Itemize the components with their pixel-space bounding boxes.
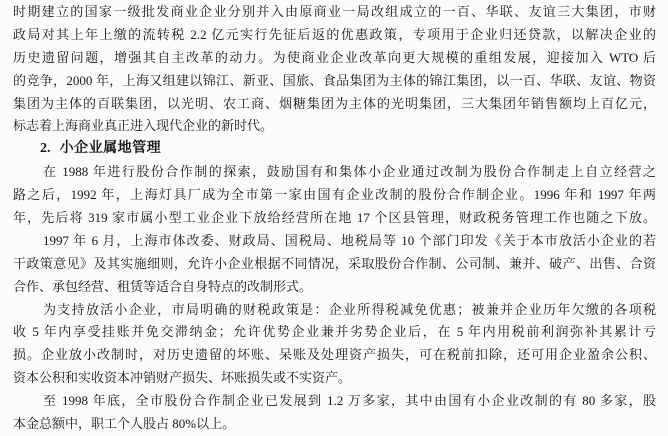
text-line: 标志着上海商业真正进入现代企业的新时代。 — [13, 115, 656, 138]
text-line: 收 5 年内享受挂账并免交滞纳金；允许优势企业兼并劣势企业后，在 5 年内用税前… — [13, 321, 656, 344]
text-line: 的竞争，2000 年，上海又组建以锦江、新亚、国旅、食品集团为主体的锦江集团，以… — [13, 70, 656, 93]
section-number: 2. — [40, 141, 51, 156]
text-line: 历史遗留问题，增强其自主改革的动力。为使商业企业改革向更大规模的重组发展，迎接加… — [13, 47, 656, 70]
text-line: 时期建立的国家一级批发商业企业分别并入由原商业一局改组成立的一百、华联、友谊三大… — [13, 1, 656, 24]
document-page: 时期建立的国家一级批发商业企业分别并入由原商业一局改组成立的一百、华联、友谊三大… — [0, 0, 668, 436]
text-line: 本金总额中，职工个人股占 80%以上。 — [13, 413, 656, 436]
text-line: 政局对其上年上缴的流转税 2.2 亿元实行先征后返的优惠政策，专项用于企业归还贷… — [13, 24, 656, 47]
text-line: 至 1998 年底，全市股份合作制企业已发展到 1.2 万多家，其中由国有小企业… — [13, 390, 656, 413]
page-text: 时期建立的国家一级批发商业企业分别并入由原商业一局改组成立的一百、华联、友谊三大… — [13, 1, 656, 436]
text-line: 在 1988 年进行股份合作制的探索，鼓励国有和集体小企业通过改制为股份合作制走… — [13, 161, 656, 184]
text-line: 干政策意见》及其实施细则，允许小企业根据不同情况，采取股份合作制、公司制、兼并、… — [13, 253, 656, 276]
text-line: 合作、承包经营、租赁等适合自身特点的改制形式。 — [13, 276, 656, 299]
section-title: 小企业属地管理 — [60, 141, 162, 156]
text-line: 集团为主体的百联集团，以光明、农工商、烟糖集团为主体的光明集团，三大集团年销售额… — [13, 93, 656, 116]
text-line: 年，先后将 319 家市属小型工业企业下放给经营所在地 17 个区县管理，财政税… — [13, 207, 656, 230]
text-line: 损。企业放小改制时，对历史遗留的坏账、呆账及处理资产损失，可在税前扣除，还可用企… — [13, 344, 656, 367]
text-line: 路之后，1992 年，上海灯具厂成为全市第一家由国有企业改制的股份合作制企业。1… — [13, 184, 656, 207]
section-heading: 2.小企业属地管理 — [13, 138, 656, 161]
text-line: 1997 年 6 月，上海市体改委、财政局、国税局、地税局等 10 个部门印发《… — [13, 230, 656, 253]
text-line: 资本公积和实收资本冲销财产损失、坏账损失或不实资产。 — [13, 367, 656, 390]
text-line: 为支持放活小企业，市局明确的财税政策是：企业所得税减免优惠；被兼并企业历年欠缴的… — [13, 299, 656, 322]
